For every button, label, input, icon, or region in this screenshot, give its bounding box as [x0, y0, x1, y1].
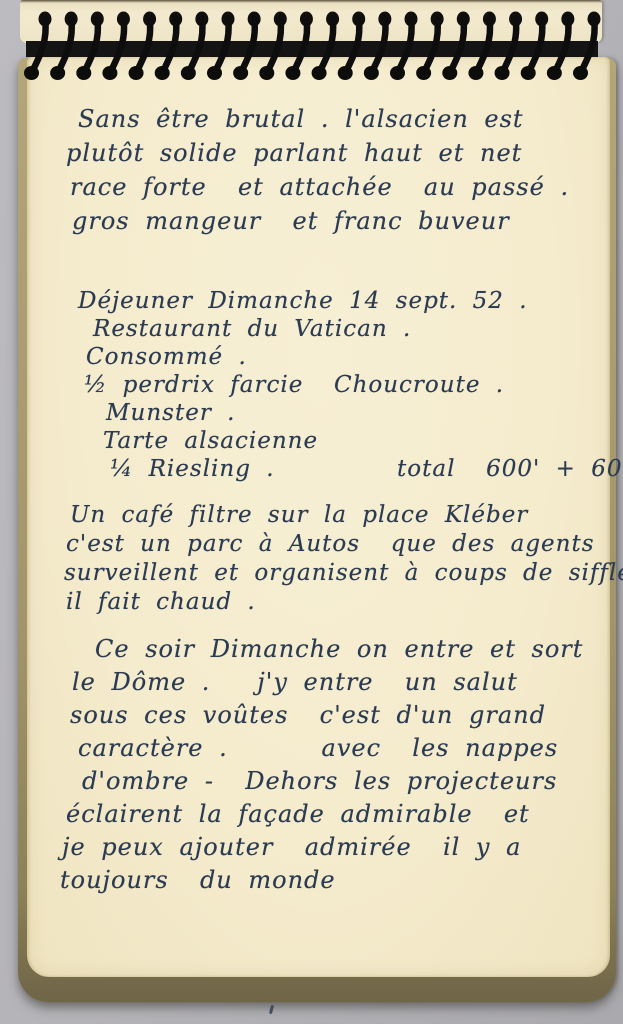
paragraph-evening: Ce soir Dimanche on entre et sortle Dôme… — [58, 633, 583, 897]
paragraph-intro: Sans être brutal . l'alsacien estplutôt … — [58, 102, 569, 238]
handwritten-line: je peux ajouter admirée il y a — [62, 831, 583, 864]
handwritten-line: toujours du monde — [60, 864, 583, 897]
spiral-binding — [0, 0, 623, 100]
handwritten-line: Ce soir Dimanche on entre et sort — [95, 633, 583, 666]
paragraph-menu: Déjeuner Dimanche 14 sept. 52 .Restauran… — [58, 287, 623, 483]
handwritten-line: Consommé . — [86, 343, 623, 371]
ink-speck — [269, 1005, 274, 1014]
handwritten-line: Restaurant du Vatican . — [93, 315, 623, 343]
handwritten-line: Déjeuner Dimanche 14 sept. 52 . — [78, 287, 623, 315]
handwritten-line: gros mangeur et franc buveur — [72, 204, 569, 238]
handwritten-line: ½ perdrix farcie Choucroute . — [84, 371, 623, 399]
handwritten-line: Un café filtre sur la place Kléber — [70, 501, 623, 530]
paragraph-cafe: Un café filtre sur la place Kléberc'est … — [56, 501, 623, 617]
handwritten-line: Munster . — [106, 399, 623, 427]
handwritten-line: le Dôme . j'y entre un salut — [72, 666, 583, 699]
handwritten-line: Tarte alsacienne — [103, 427, 623, 455]
photo-background: Sans être brutal . l'alsacien estplutôt … — [0, 0, 623, 1024]
handwritten-line: caractère . avec les nappes — [78, 732, 583, 765]
handwritten-line: sous ces voûtes c'est d'un grand — [70, 699, 583, 732]
handwritten-line: Sans être brutal . l'alsacien est — [78, 102, 569, 136]
handwritten-line: éclairent la façade admirable et — [66, 798, 583, 831]
handwritten-line: d'ombre - Dehors les projecteurs — [82, 765, 583, 798]
handwritten-line: race forte et attachée au passé . — [70, 170, 569, 204]
handwritten-line: c'est un parc à Autos que des agents — [66, 530, 623, 559]
handwritten-line: il fait chaud . — [66, 588, 623, 617]
handwritten-line: plutôt solide parlant haut et net — [66, 136, 569, 170]
handwritten-line: surveillent et organisent à coups de sif… — [64, 559, 623, 588]
handwritten-line: ¼ Riesling . total 600' + 60 - — [110, 455, 623, 483]
